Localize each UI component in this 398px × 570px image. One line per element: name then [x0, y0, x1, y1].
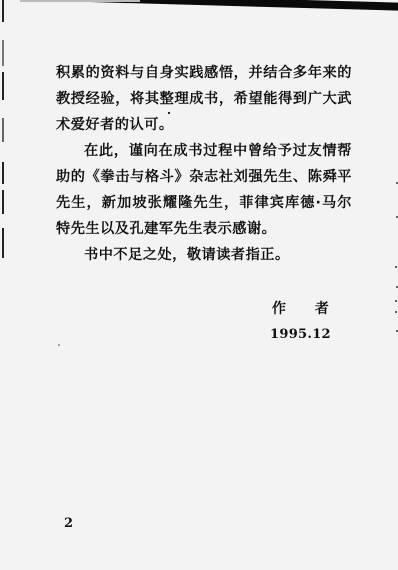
signature-date: 1995.12 — [270, 322, 341, 348]
paragraph-3-closing: 书中不足之处，敬请读者指正。 — [56, 242, 352, 268]
page-body: 积累的资料与自身实践感悟，并结合多年来的教授经验，将其整理成书，希望能得到广大武… — [56, 60, 352, 268]
scan-top-edge-line — [20, 0, 140, 2]
scan-speck — [168, 112, 170, 114]
page-number: 2 — [64, 516, 73, 531]
paragraph-1: 积累的资料与自身实践感悟，并结合多年来的教授经验，将其整理成书，希望能得到广大武… — [56, 60, 352, 138]
binding-marks — [2, 0, 8, 270]
signature-author: 作 者 — [270, 296, 341, 322]
signature-block: 作 者 1995.12 — [270, 296, 341, 348]
paragraph-2-acknowledgements: 在此，谨向在成书过程中曾给予过友情帮助的《拳击与格斗》杂志社刘强先生、陈舜平先生… — [56, 138, 352, 242]
